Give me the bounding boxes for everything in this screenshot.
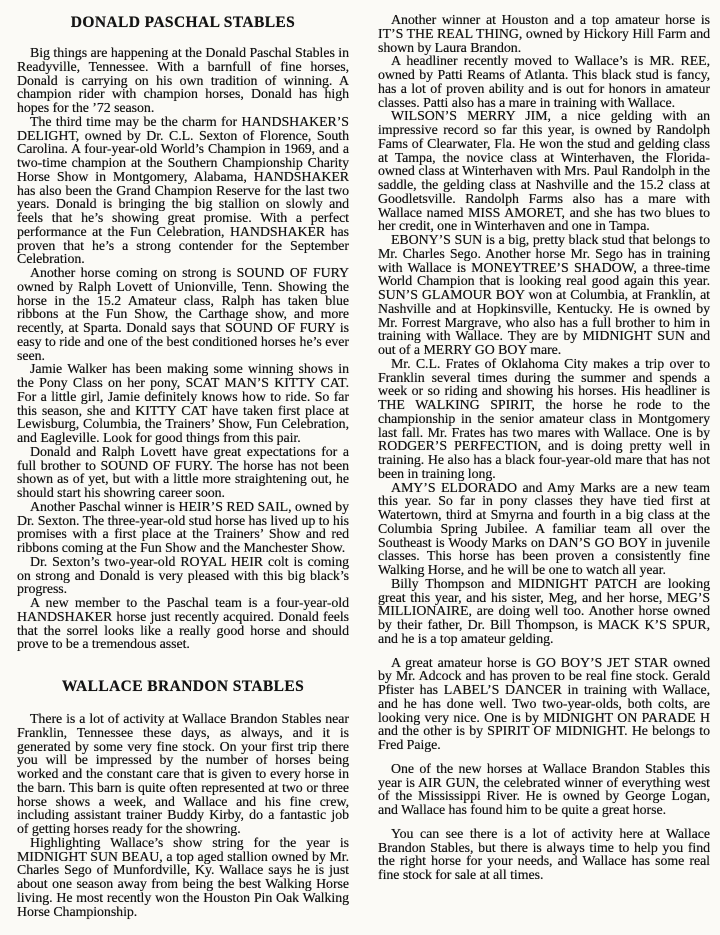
paragraph: AMY’S ELDORADO and Amy Marks are a new t… [378,482,710,578]
paragraph: EBONY’S SUN is a big, pretty black stud … [378,234,710,358]
section-heading: DONALD PASCHAL STABLES [17,14,349,32]
left-column: DONALD PASCHAL STABLESBig things are hap… [17,5,349,931]
paragraph: Jamie Walker has been making some winnin… [17,363,349,446]
paragraph: Big things are happening at the Donald P… [17,47,349,116]
paragraph: A great amateur horse is GO BOY’S JET ST… [378,657,710,753]
paragraph: One of the new horses at Wallace Brandon… [378,763,710,818]
right-column: Another winner at Houston and a top amat… [378,5,710,931]
paragraph: Billy Thompson and MIDNIGHT PATCH are lo… [378,578,710,647]
paragraph: Another horse coming on strong is SOUND … [17,267,349,363]
paragraph: There is a lot of activity at Wallace Br… [17,713,349,837]
paragraph: Mr. C.L. Frates of Oklahoma City makes a… [378,358,710,482]
paragraph: Donald and Ralph Lovett have great expec… [17,446,349,501]
paragraph: A new member to the Paschal team is a fo… [17,597,349,652]
section-heading: WALLACE BRANDON STABLES [17,678,349,696]
article-page: DONALD PASCHAL STABLESBig things are hap… [0,0,720,935]
paragraph: A headliner recently moved to Wallace’s … [378,55,710,110]
paragraph: WILSON’S MERRY JIM, a nice gelding with … [378,110,710,234]
paragraph: Dr. Sexton’s two-year-old ROYAL HEIR col… [17,556,349,597]
paragraph: Another winner at Houston and a top amat… [378,14,710,55]
paragraph: Highlighting Wallace’s show string for t… [17,837,349,920]
paragraph: You can see there is a lot of activity h… [378,828,710,883]
paragraph: Another Paschal winner is HEIR’S RED SAI… [17,501,349,556]
paragraph: The third time may be the charm for HAND… [17,116,349,267]
